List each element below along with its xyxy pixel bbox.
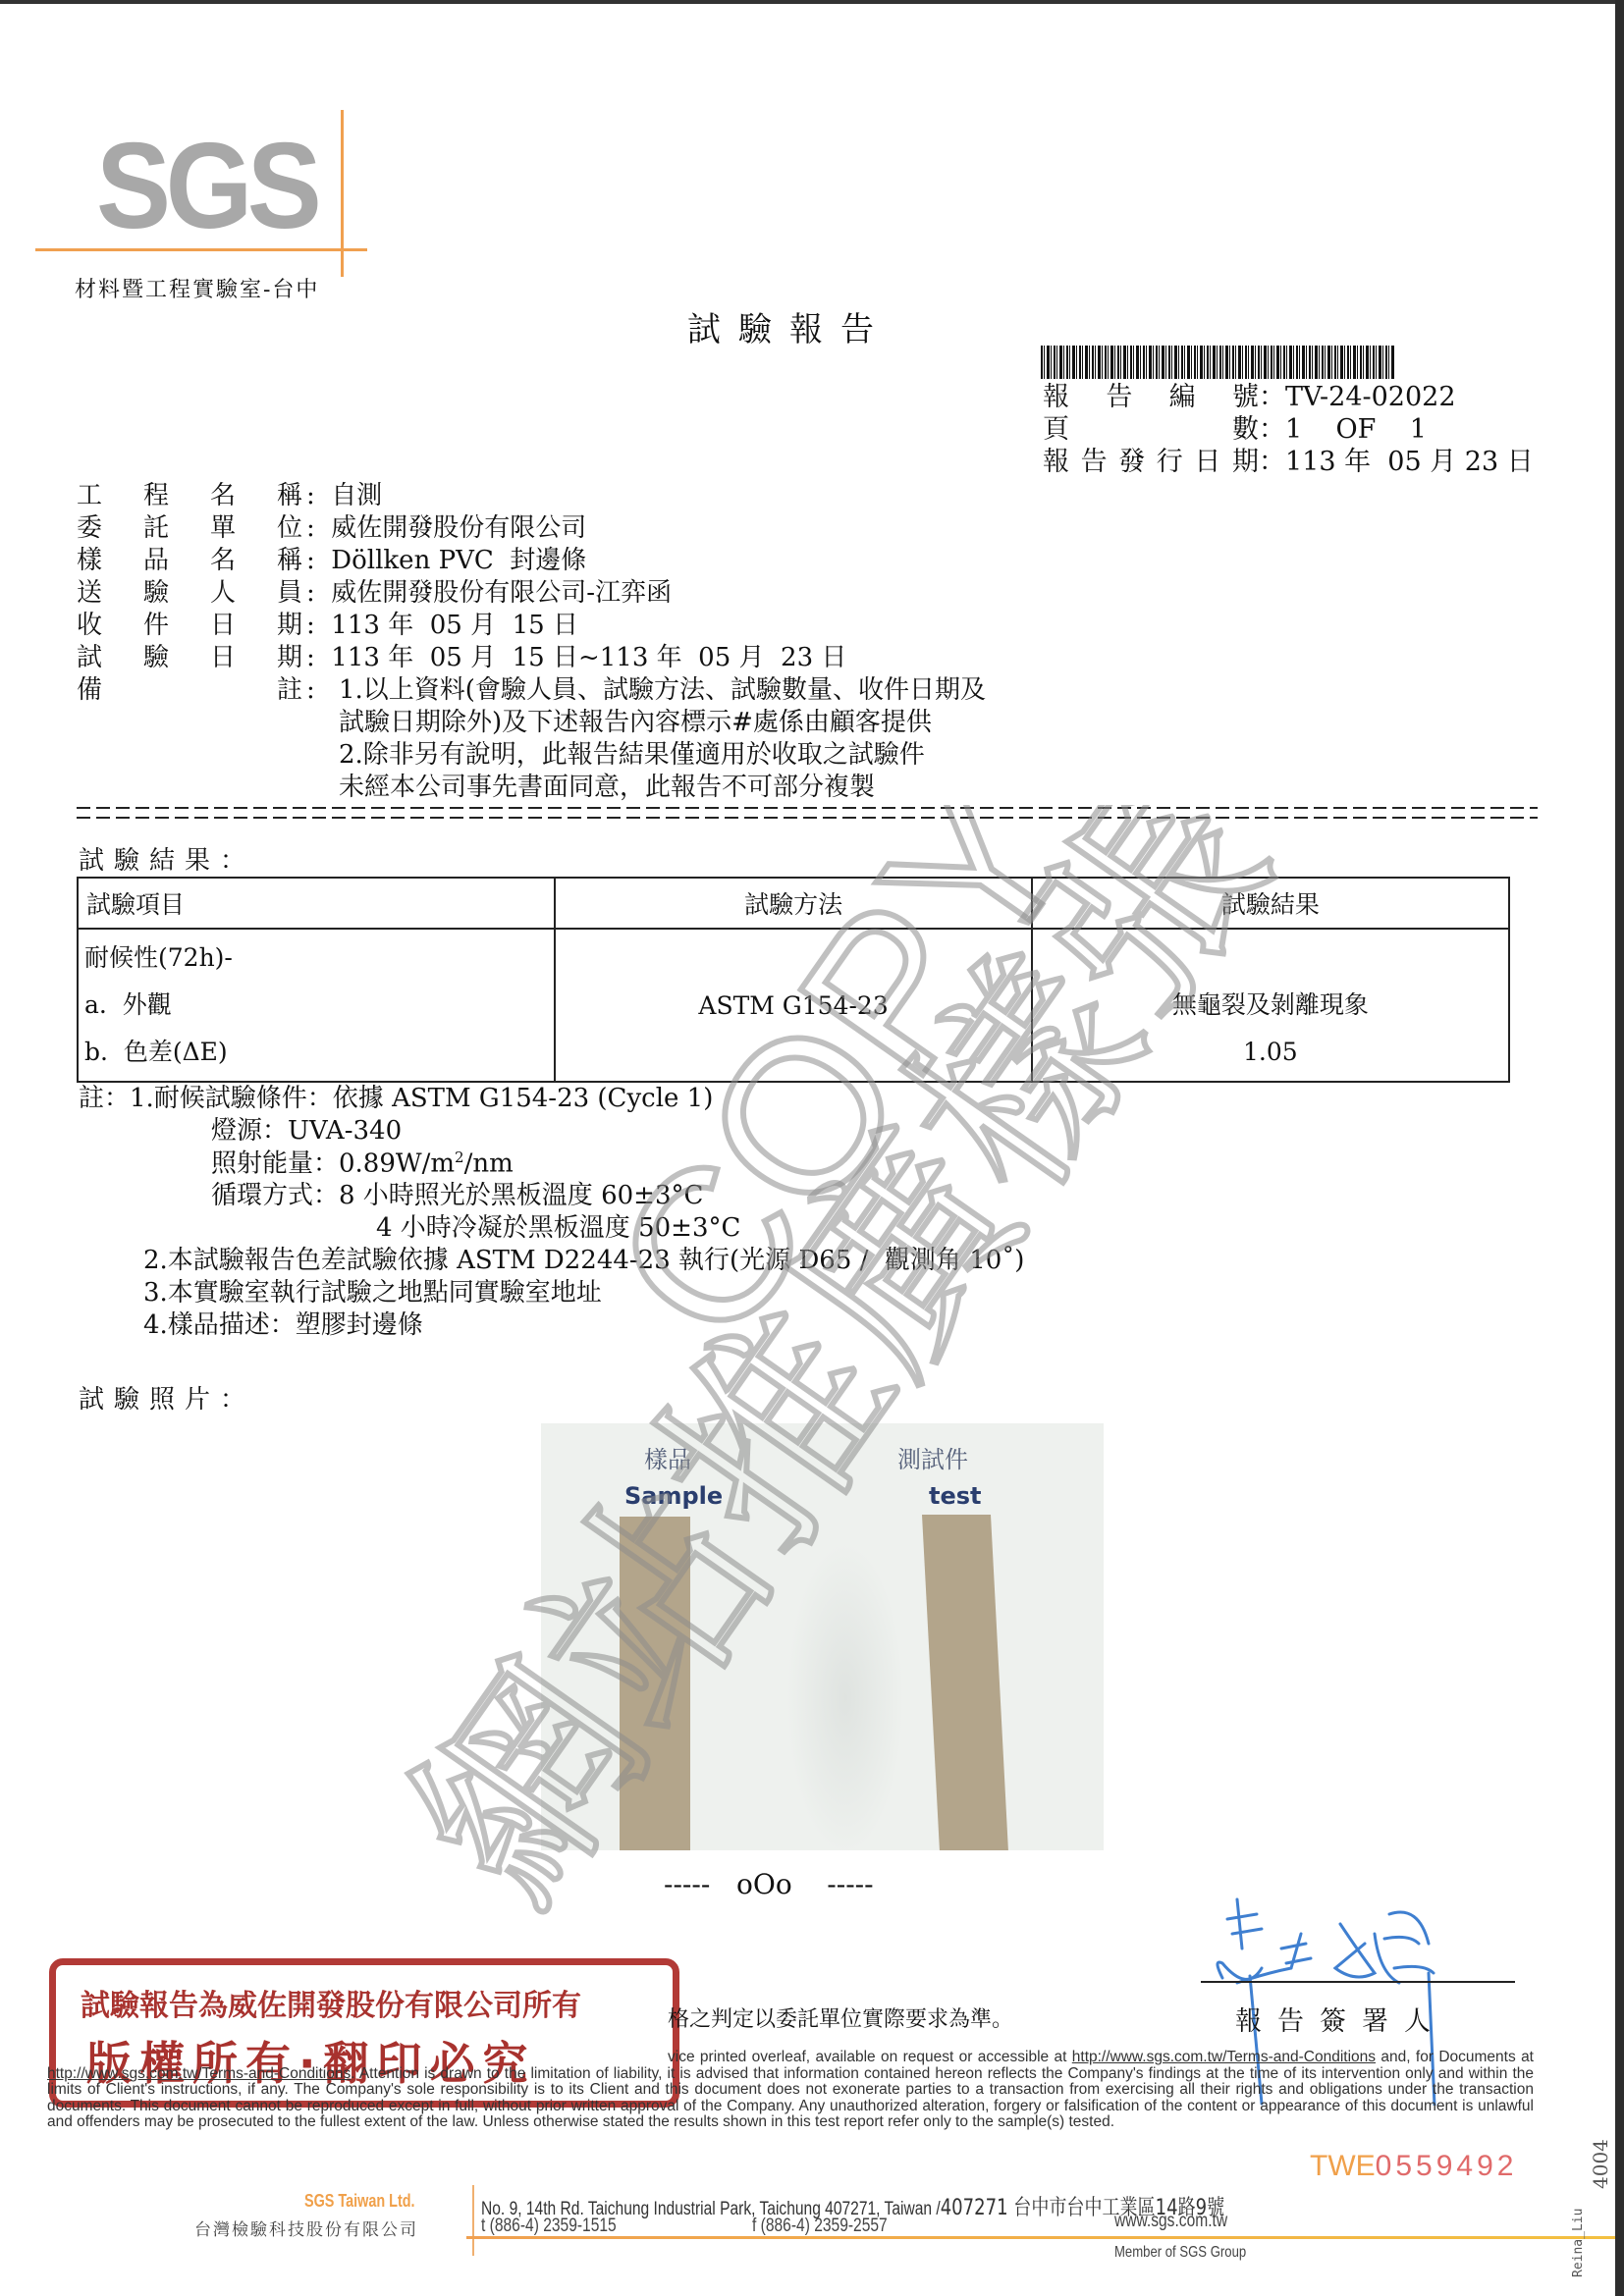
test-strip — [922, 1515, 1008, 1850]
page-edge-top — [0, 0, 1624, 4]
column-header: 試驗項目 — [78, 878, 555, 929]
stamp-line-1: 試驗報告為威佐開發股份有限公司所有 — [81, 1981, 581, 2024]
table-header-row: 試驗項目 試驗方法 試驗結果 — [78, 878, 1509, 929]
remark-line: 試驗日期除外)及下述報告內容標示#處係由顧客提供 — [339, 710, 932, 735]
report-number: TV-24-02022 — [1285, 382, 1456, 412]
irradiance-unit: /nm — [464, 1149, 514, 1179]
sgs-logo: SGS — [96, 126, 316, 247]
remark-line: 2.除非另有說明，此報告結果僅適用於收取之試驗件 — [339, 742, 925, 768]
side-code: 4004 — [1589, 2139, 1612, 2189]
remark-line: 未經本公司事先書面同意，此報告不可部分複製 — [339, 774, 875, 800]
terms-link[interactable]: http://www.sgs.com.tw/Terms-and-Conditio… — [1072, 2049, 1376, 2065]
serial-prefix: TWE — [1310, 2150, 1376, 2182]
info-label: 試驗日期 — [77, 645, 302, 670]
info-sample: 樣品名稱: Döllken PVC 封邊條 — [77, 548, 586, 573]
note-1: 註：1.耐候試驗條件：依據 ASTM G154-23 (Cycle 1) — [79, 1086, 713, 1111]
column-header: 試驗方法 — [555, 878, 1031, 929]
note-1-light-source: 燈源：UVA-340 — [211, 1118, 402, 1144]
test-result-line: 1.05 — [1034, 1029, 1507, 1076]
photo-label-sample-en: Sample — [624, 1482, 723, 1510]
test-photo: 樣品 Sample 測試件 test — [541, 1423, 1104, 1850]
footer-company-cn: 台灣檢驗科技股份有限公司 — [194, 2216, 418, 2240]
info-submitter: 送驗人員: 威佐開發股份有限公司-江弈函 — [77, 580, 672, 606]
serial-digits: 0559492 — [1376, 2150, 1518, 2182]
info-value: 113 年 05 月 15 日 — [331, 611, 578, 640]
legal-disclaimer: vice printed overleaf, available on requ… — [47, 2050, 1534, 2131]
test-item-line: b. 色差(ΔE) — [84, 1029, 553, 1076]
pages-value: 1 OF 1 — [1285, 414, 1427, 445]
irradiance-superscript: 2 — [455, 1148, 464, 1166]
info-value: Döllken PVC 封邊條 — [331, 546, 586, 575]
column-header: 試驗結果 — [1032, 878, 1509, 929]
signatory-label: 報告簽署人 — [1235, 2000, 1446, 2038]
info-value: 威佐開發股份有限公司-江弈函 — [331, 578, 672, 608]
legal-text: and, for Documents at — [1376, 2049, 1534, 2065]
operator-tag: Reina_Liu — [1571, 2209, 1586, 2277]
info-project: 工程名稱: 自測 — [77, 483, 382, 508]
photo-shadow — [786, 1541, 904, 1850]
info-value: 113 年 05 月 15 日~113 年 05 月 23 日 — [331, 643, 846, 672]
note-4: 4.樣品描述：塑膠封邊條 — [143, 1312, 423, 1338]
double-dashed-divider — [77, 807, 1538, 819]
test-item-line: a. 外觀 — [84, 982, 553, 1029]
results-section-label: 試驗結果： — [79, 840, 255, 877]
footer-website[interactable]: www.sgs.com.tw — [1114, 2211, 1227, 2232]
issue-date: 113 年 05 月 23 日 — [1285, 447, 1534, 477]
end-of-report-mark: ----- oOo ----- — [664, 1868, 874, 1900]
test-item-line: 耐候性(72h)- — [84, 934, 553, 982]
info-label: 備註 — [77, 677, 302, 703]
document-title: 試驗報告 — [687, 302, 892, 350]
sample-strip — [620, 1517, 690, 1850]
qualification-note: 格之判定以委託單位實際要求為準。 — [668, 2002, 1013, 2033]
issue-date-label: 報告發行日期 — [1043, 449, 1259, 475]
barcode — [1041, 346, 1394, 379]
photo-label-test-en: test — [929, 1482, 982, 1510]
report-number-row: 報告編號：TV-24-02022 — [1043, 384, 1456, 410]
terms-link[interactable]: http://www.sgs.com.tw/Terms-and-Conditio… — [47, 2065, 351, 2082]
report-number-label: 報告編號 — [1043, 384, 1259, 410]
info-label: 送驗人員 — [77, 580, 302, 606]
page-edge-right — [1615, 0, 1624, 2296]
remark-line: 1.以上資料(會驗人員、試驗方法、試驗數量、收件日期及 — [339, 677, 986, 703]
info-label: 樣品名稱 — [77, 548, 302, 573]
note-1-cycle-b: 4 小時冷凝於黑板溫度 50±3°C — [376, 1215, 740, 1241]
test-result-cell: 無龜裂及剝離現象 1.05 — [1032, 929, 1509, 1082]
pages-label: 頁數 — [1043, 416, 1259, 443]
photo-label-sample-cn: 樣品 — [644, 1440, 691, 1474]
logo-rule-horizontal — [35, 248, 367, 251]
info-remark: 備註: — [77, 677, 315, 703]
table-row: 耐候性(72h)- a. 外觀 b. 色差(ΔE) ASTM G154-23 無… — [78, 929, 1509, 1082]
lab-name: 材料暨工程實驗室-台中 — [75, 273, 319, 303]
test-result-line: 無龜裂及剝離現象 — [1034, 982, 1507, 1029]
footer-rule — [466, 2236, 1615, 2239]
footer-fax: f (886-4) 2359-2557 — [752, 2216, 888, 2237]
info-label: 委託單位 — [77, 515, 302, 541]
photo-section-label: 試驗照片： — [79, 1379, 255, 1415]
info-value: 威佐開發股份有限公司 — [331, 513, 586, 543]
footer-phone: t (886-4) 2359-1515 — [481, 2216, 617, 2237]
results-table: 試驗項目 試驗方法 試驗結果 耐候性(72h)- a. 外觀 b. 色差(ΔE)… — [77, 877, 1510, 1083]
pages-row: 頁數：1 OF 1 — [1043, 416, 1427, 443]
signature-line — [1201, 1981, 1515, 1983]
info-test-date: 試驗日期: 113 年 05 月 15 日~113 年 05 月 23 日 — [77, 645, 846, 670]
info-client: 委託單位: 威佐開發股份有限公司 — [77, 515, 586, 541]
test-method-cell: ASTM G154-23 — [555, 929, 1031, 1082]
serial-number: TWE0559492 — [1310, 2150, 1517, 2183]
footer-divider — [472, 2185, 474, 2256]
note-3: 3.本實驗室執行試驗之地點同實驗室地址 — [143, 1280, 602, 1306]
info-received-date: 收件日期: 113 年 05 月 15 日 — [77, 613, 578, 638]
footer-company-en: SGS Taiwan Ltd. — [304, 2191, 415, 2212]
footer-member: Member of SGS Group — [1114, 2244, 1246, 2262]
photo-label-test-cn: 測試件 — [897, 1440, 968, 1474]
info-label: 工程名稱 — [77, 483, 302, 508]
test-item-cell: 耐候性(72h)- a. 外觀 b. 色差(ΔE) — [78, 929, 555, 1082]
info-label: 收件日期 — [77, 613, 302, 638]
test-result-line — [1034, 934, 1507, 982]
irradiance-text: 照射能量：0.89W/m — [211, 1149, 455, 1179]
note-1-irradiance: 照射能量：0.89W/m2/nm — [211, 1150, 514, 1177]
legal-text: vice printed overleaf, available on requ… — [47, 2049, 1072, 2065]
logo-rule-vertical — [341, 110, 344, 277]
note-1-cycle: 循環方式：8 小時照光於黑板溫度 60±3°C — [211, 1183, 703, 1208]
issue-date-row: 報告發行日期：113 年 05 月 23 日 — [1043, 449, 1534, 475]
note-2: 2.本試驗報告色差試驗依據 ASTM D2244-23 執行(光源 D65 / … — [143, 1248, 1024, 1273]
info-value: 自測 — [331, 481, 382, 510]
